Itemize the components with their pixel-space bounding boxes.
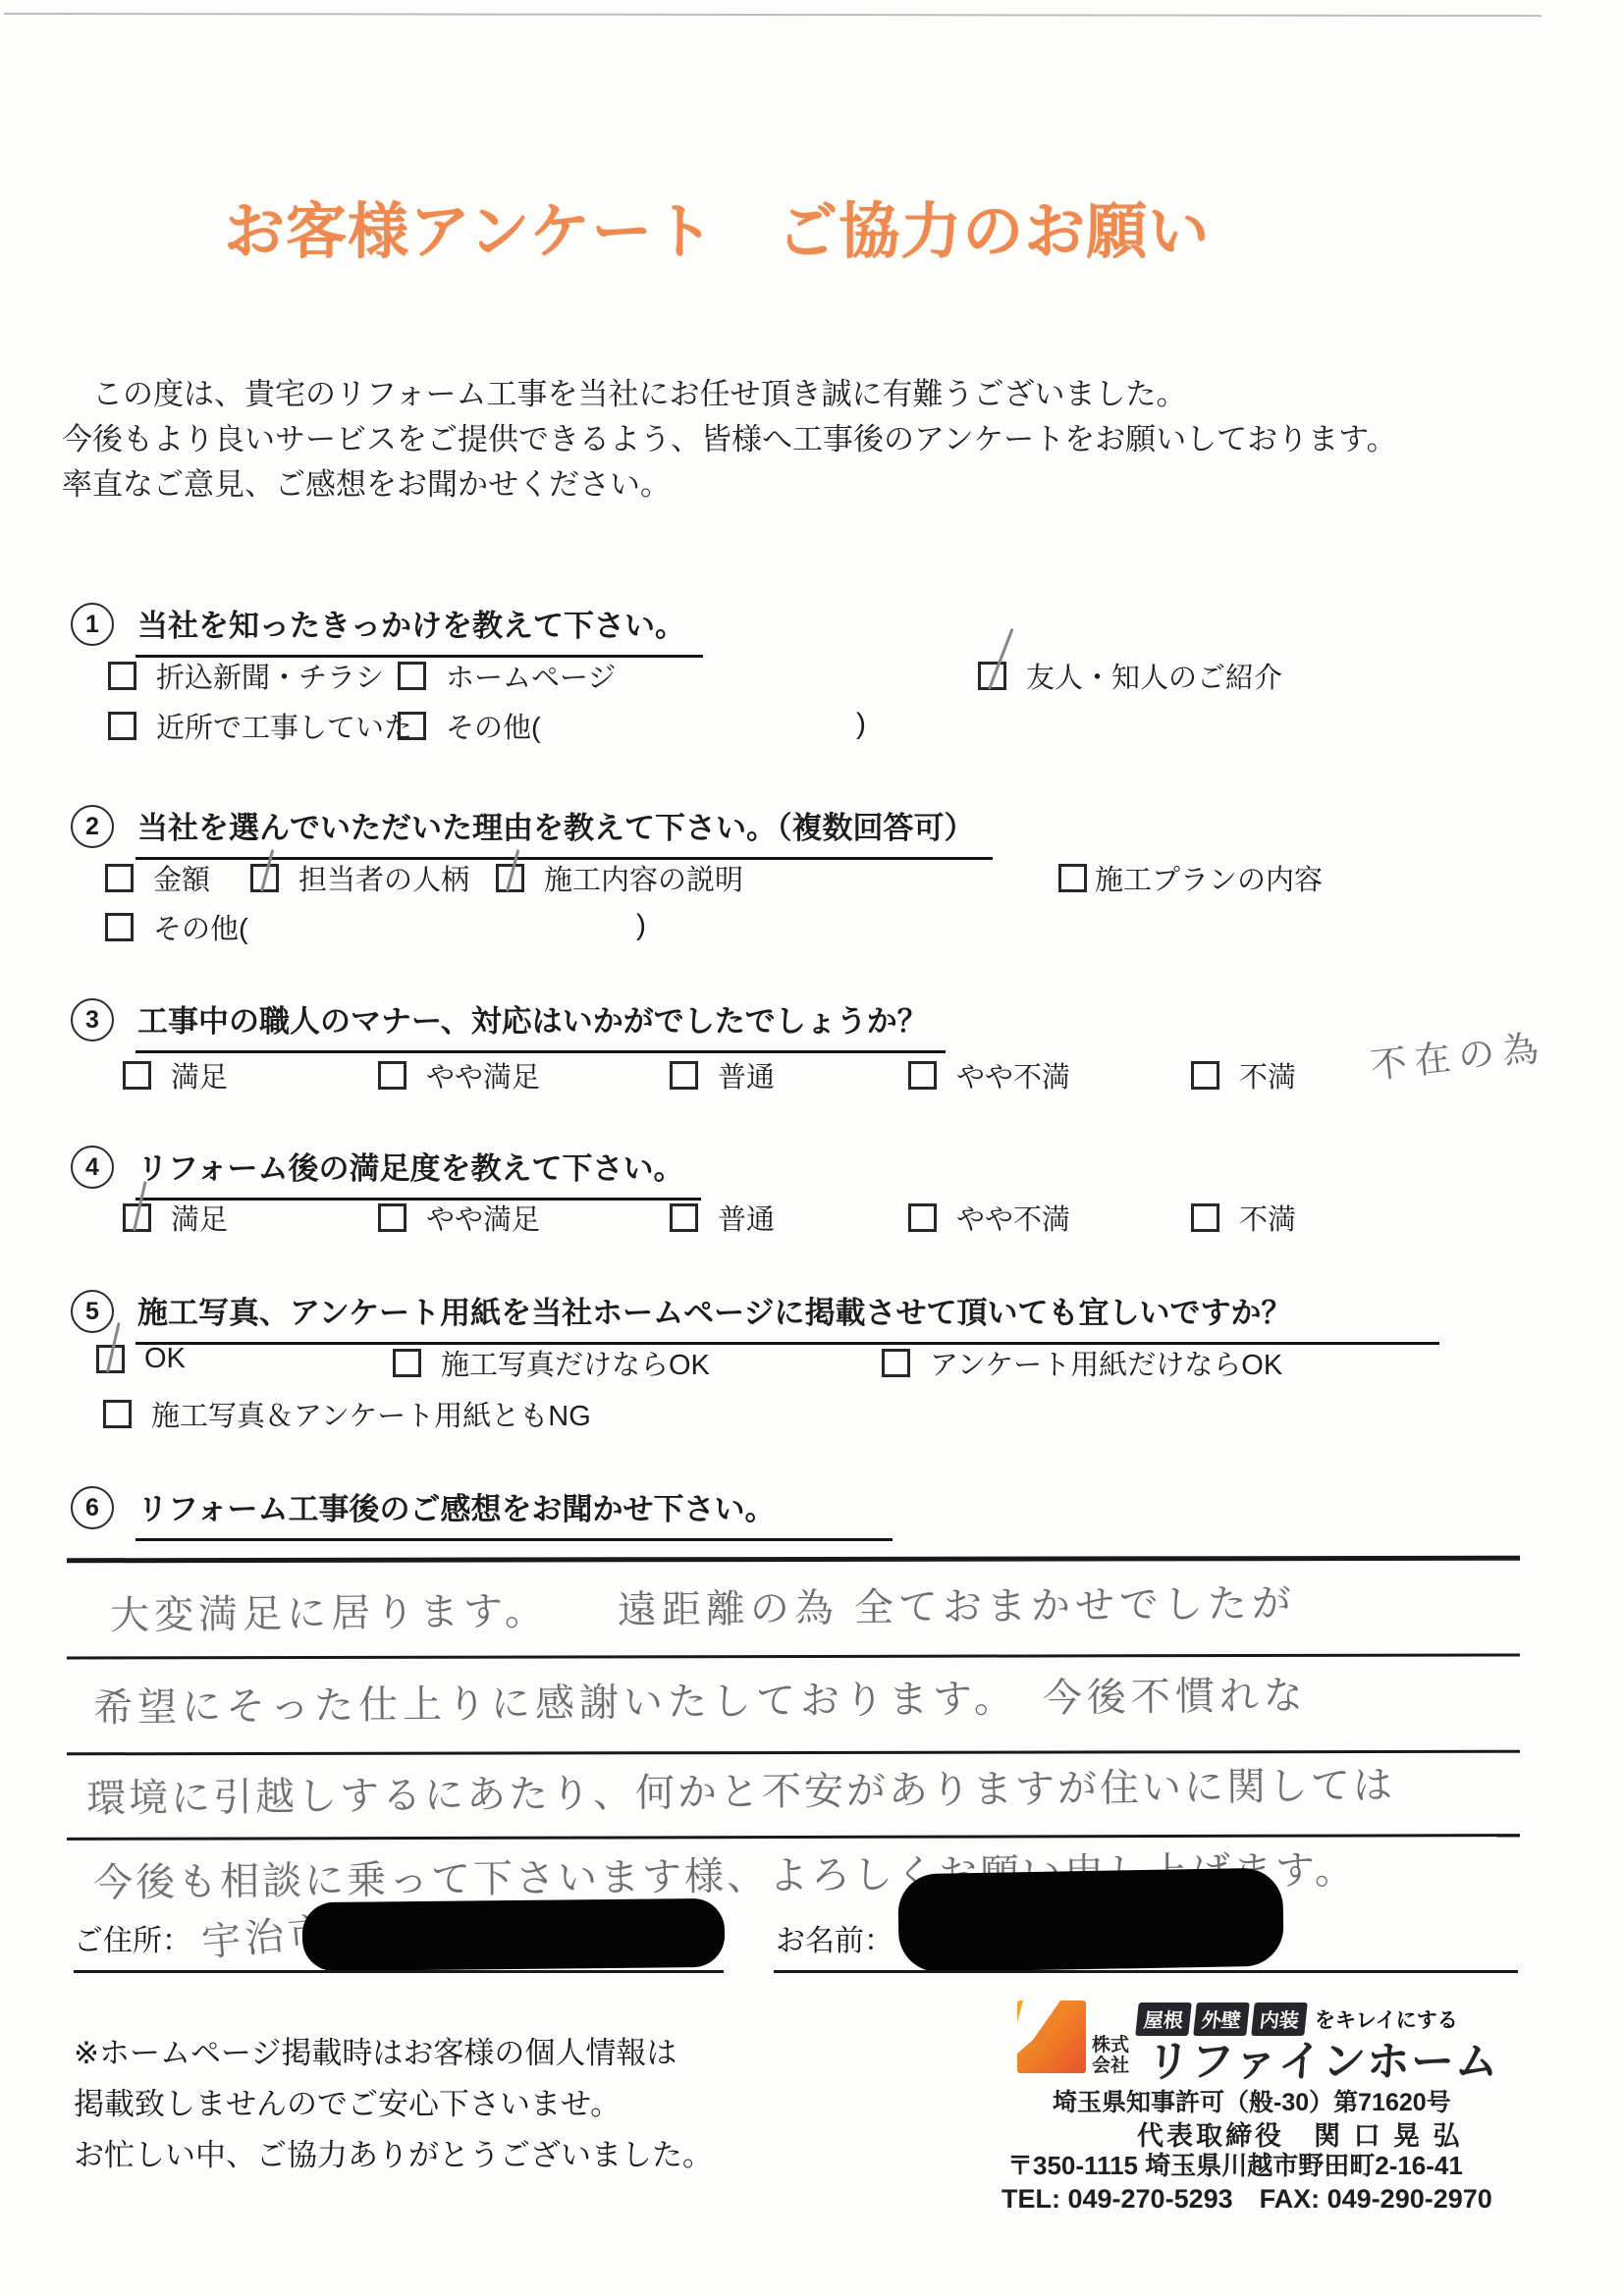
checkbox[interactable] — [882, 1349, 910, 1377]
privacy-note-line-3: お忙しい中、ご協力ありがとうございました。 — [74, 2130, 713, 2174]
q2-other-close-paren: ) — [636, 909, 646, 942]
question-5-title: 施工写真、アンケート用紙を当社ホームページに掲載させて頂いても宜しいですか？ — [135, 1288, 1439, 1345]
q5-option-ok[interactable]: OK — [96, 1343, 186, 1375]
company-logo-icon — [1017, 2001, 1086, 2073]
checkbox-checked[interactable] — [123, 1203, 151, 1232]
intro-line-2: 今後もより良いサービスをご提供できるよう、皆様へ工事後のアンケートをお願いしてお… — [62, 414, 1397, 458]
question-5-number: 5 — [71, 1290, 114, 1333]
intro-line-1: この度は、貴宅のリフォーム工事を当社にお任せ頂き誠に有難うございました。 — [62, 369, 1186, 413]
address-redaction-box — [302, 1898, 726, 1971]
checkbox[interactable] — [398, 712, 426, 740]
q4-option-neutral[interactable]: 普通 — [670, 1198, 775, 1238]
q5-option-survey-only[interactable]: アンケート用紙だけならOK — [882, 1343, 1282, 1383]
q4-option-somewhat-dissatisfied[interactable]: やや不満 — [908, 1198, 1070, 1238]
option-label: 不満 — [1239, 1055, 1296, 1095]
option-label: やや不満 — [956, 1055, 1070, 1095]
check-mark-icon — [988, 628, 1013, 690]
q3-option-dissatisfied[interactable]: 不満 — [1191, 1055, 1296, 1095]
question-1-title: 当社を知ったきっかけを教えて下さい。 — [135, 601, 703, 658]
question-6-title: リフォーム工事後のご感想をお聞かせ下さい。 — [135, 1484, 893, 1541]
checkbox[interactable] — [123, 1061, 151, 1090]
checkbox[interactable] — [670, 1203, 698, 1232]
option-label: やや不満 — [956, 1198, 1070, 1238]
option-label: 普通 — [718, 1055, 775, 1095]
checkbox[interactable] — [378, 1061, 406, 1090]
question-2-heading: 2 当社を選んでいただいた理由を教えて下さい。（複数回答可） — [71, 803, 993, 860]
option-label: その他( — [446, 706, 541, 746]
q4-option-dissatisfied[interactable]: 不満 — [1191, 1198, 1296, 1238]
option-label: OK — [144, 1343, 186, 1375]
company-prefix: 株式 会社 — [1092, 2036, 1129, 2077]
name-redaction-box — [897, 1868, 1284, 1973]
question-2-title: 当社を選んでいただいた理由を教えて下さい。（複数回答可） — [135, 803, 993, 860]
address-underline — [74, 1970, 724, 1973]
privacy-note-line-1: ※ホームページ掲載時はお客様の個人情報は — [74, 2028, 677, 2072]
q3-handwritten-note: 不在の為 — [1368, 1018, 1549, 1090]
option-label: 満足 — [171, 1055, 228, 1095]
option-label: 満足 — [171, 1198, 228, 1238]
checkbox[interactable] — [393, 1349, 421, 1377]
checkbox[interactable] — [908, 1203, 937, 1232]
q3-option-somewhat-dissatisfied[interactable]: やや不満 — [908, 1055, 1070, 1095]
question-6-number: 6 — [71, 1486, 114, 1529]
checkbox[interactable] — [105, 864, 134, 892]
question-4-heading: 4 リフォーム後の満足度を教えて下さい。 — [71, 1144, 701, 1201]
handwritten-feedback-line-3: 環境に引越しするにあたり、何かと不安がありますが住いに関しては — [86, 1754, 1396, 1824]
q2-option-other[interactable]: その他( — [105, 907, 248, 947]
checkbox-checked[interactable] — [250, 864, 279, 892]
question-3-number: 3 — [71, 998, 114, 1041]
option-label: 近所で工事していた — [156, 706, 412, 746]
q2-option-personality[interactable]: 担当者の人柄 — [250, 858, 469, 898]
q3-option-satisfied[interactable]: 満足 — [123, 1055, 228, 1095]
checkbox[interactable] — [108, 662, 136, 690]
intro-line-3: 率直なご意見、ご感想をお聞かせください。 — [62, 459, 671, 504]
checkbox-checked[interactable] — [496, 864, 524, 892]
q3-option-neutral[interactable]: 普通 — [670, 1055, 775, 1095]
option-label: ホームページ — [446, 656, 616, 696]
question-2-number: 2 — [71, 805, 114, 848]
q2-option-plan[interactable]: 施工プランの内容 — [1058, 858, 1323, 898]
name-label: お名前： — [776, 1916, 893, 1959]
checkbox-checked[interactable] — [96, 1345, 125, 1373]
checkbox[interactable] — [103, 1400, 132, 1428]
option-label: やや満足 — [426, 1198, 540, 1238]
checkbox[interactable] — [108, 712, 136, 740]
option-label: 施工写真だけならOK — [441, 1343, 710, 1383]
q1-other-close-paren: ) — [856, 708, 866, 741]
question-3-heading: 3 工事中の職人のマナー、対応はいかがでしたでしょうか？ — [71, 996, 946, 1053]
option-label: 友人・知人のご紹介 — [1026, 656, 1282, 696]
checkbox[interactable] — [1191, 1061, 1219, 1090]
scan-artifact-line — [4, 13, 1542, 17]
q4-option-satisfied[interactable]: 満足 — [123, 1198, 228, 1238]
option-label: アンケート用紙だけならOK — [930, 1343, 1282, 1383]
q5-option-ng[interactable]: 施工写真＆アンケート用紙ともNG — [103, 1394, 591, 1434]
checkbox[interactable] — [398, 662, 426, 690]
q2-option-explanation[interactable]: 施工内容の説明 — [496, 858, 743, 898]
checkbox-checked[interactable] — [978, 662, 1006, 690]
option-label: やや満足 — [426, 1055, 540, 1095]
q1-option-homepage[interactable]: ホームページ — [398, 656, 616, 696]
option-label: 普通 — [718, 1198, 775, 1238]
q1-option-referral[interactable]: 友人・知人のご紹介 — [978, 656, 1282, 696]
company-name: リファインホーム — [1145, 2026, 1500, 2089]
checkbox[interactable] — [378, 1203, 406, 1232]
company-prefix-bottom: 会社 — [1092, 2056, 1129, 2077]
q5-option-photo-only[interactable]: 施工写真だけならOK — [393, 1343, 710, 1383]
privacy-note-line-2: 掲載致しませんのでご安心下さいませ。 — [74, 2079, 621, 2123]
option-label: 金額 — [153, 858, 210, 898]
option-label: 施工プランの内容 — [1095, 858, 1323, 898]
q2-option-price[interactable]: 金額 — [105, 858, 210, 898]
scanned-survey-page: お客様アンケート ご協力のお願い この度は、貴宅のリフォーム工事を当社にお任せ頂… — [0, 0, 1624, 2296]
ruled-line — [67, 1556, 1520, 1564]
name-underline — [774, 1970, 1518, 1973]
option-label: 担当者の人柄 — [298, 858, 469, 898]
company-license: 埼玉県知事許可（般-30）第71620号 — [1053, 2083, 1451, 2118]
handwritten-feedback-line-1: 大変満足に居ります。 遠距離の為 全ておまかせでしたが — [110, 1573, 1296, 1641]
q1-option-flyer[interactable]: 折込新聞・チラシ — [108, 656, 384, 696]
company-prefix-top: 株式 — [1092, 2036, 1129, 2056]
page-title: お客様アンケート ご協力のお願い — [224, 183, 1210, 270]
option-label: 施工内容の説明 — [544, 858, 743, 898]
q4-option-somewhat-satisfied[interactable]: やや満足 — [378, 1198, 540, 1238]
q1-option-neighborhood[interactable]: 近所で工事していた — [108, 706, 412, 746]
question-6-heading: 6 リフォーム工事後のご感想をお聞かせ下さい。 — [71, 1484, 893, 1541]
question-1-heading: 1 当社を知ったきっかけを教えて下さい。 — [71, 601, 703, 658]
q3-option-somewhat-satisfied[interactable]: やや満足 — [378, 1055, 540, 1095]
option-label: 不満 — [1239, 1198, 1296, 1238]
option-label: その他( — [153, 907, 248, 947]
question-3-title: 工事中の職人のマナー、対応はいかがでしたでしょうか？ — [135, 996, 946, 1053]
checkbox[interactable] — [670, 1061, 698, 1090]
question-4-number: 4 — [71, 1146, 114, 1189]
question-4-title: リフォーム後の満足度を教えて下さい。 — [135, 1144, 701, 1201]
handwritten-feedback-line-2: 希望にそった仕上りに感謝いたしております。 今後不慣れな — [93, 1665, 1308, 1734]
address-label: ご住所： — [74, 1916, 191, 1959]
option-label: 折込新聞・チラシ — [156, 656, 384, 696]
q1-option-other[interactable]: その他( — [398, 706, 541, 746]
checkbox[interactable] — [105, 913, 134, 941]
question-5-heading: 5 施工写真、アンケート用紙を当社ホームページに掲載させて頂いても宜しいですか？ — [71, 1288, 1439, 1345]
question-1-number: 1 — [71, 603, 114, 646]
company-tel-fax: TEL: 049-270-5293 FAX: 049-290-2970 — [1001, 2177, 1492, 2216]
checkbox[interactable] — [1191, 1203, 1219, 1232]
checkbox[interactable] — [908, 1061, 937, 1090]
option-label: 施工写真＆アンケート用紙ともNG — [151, 1394, 591, 1434]
ruled-line — [67, 1653, 1520, 1659]
checkbox[interactable] — [1058, 864, 1087, 892]
